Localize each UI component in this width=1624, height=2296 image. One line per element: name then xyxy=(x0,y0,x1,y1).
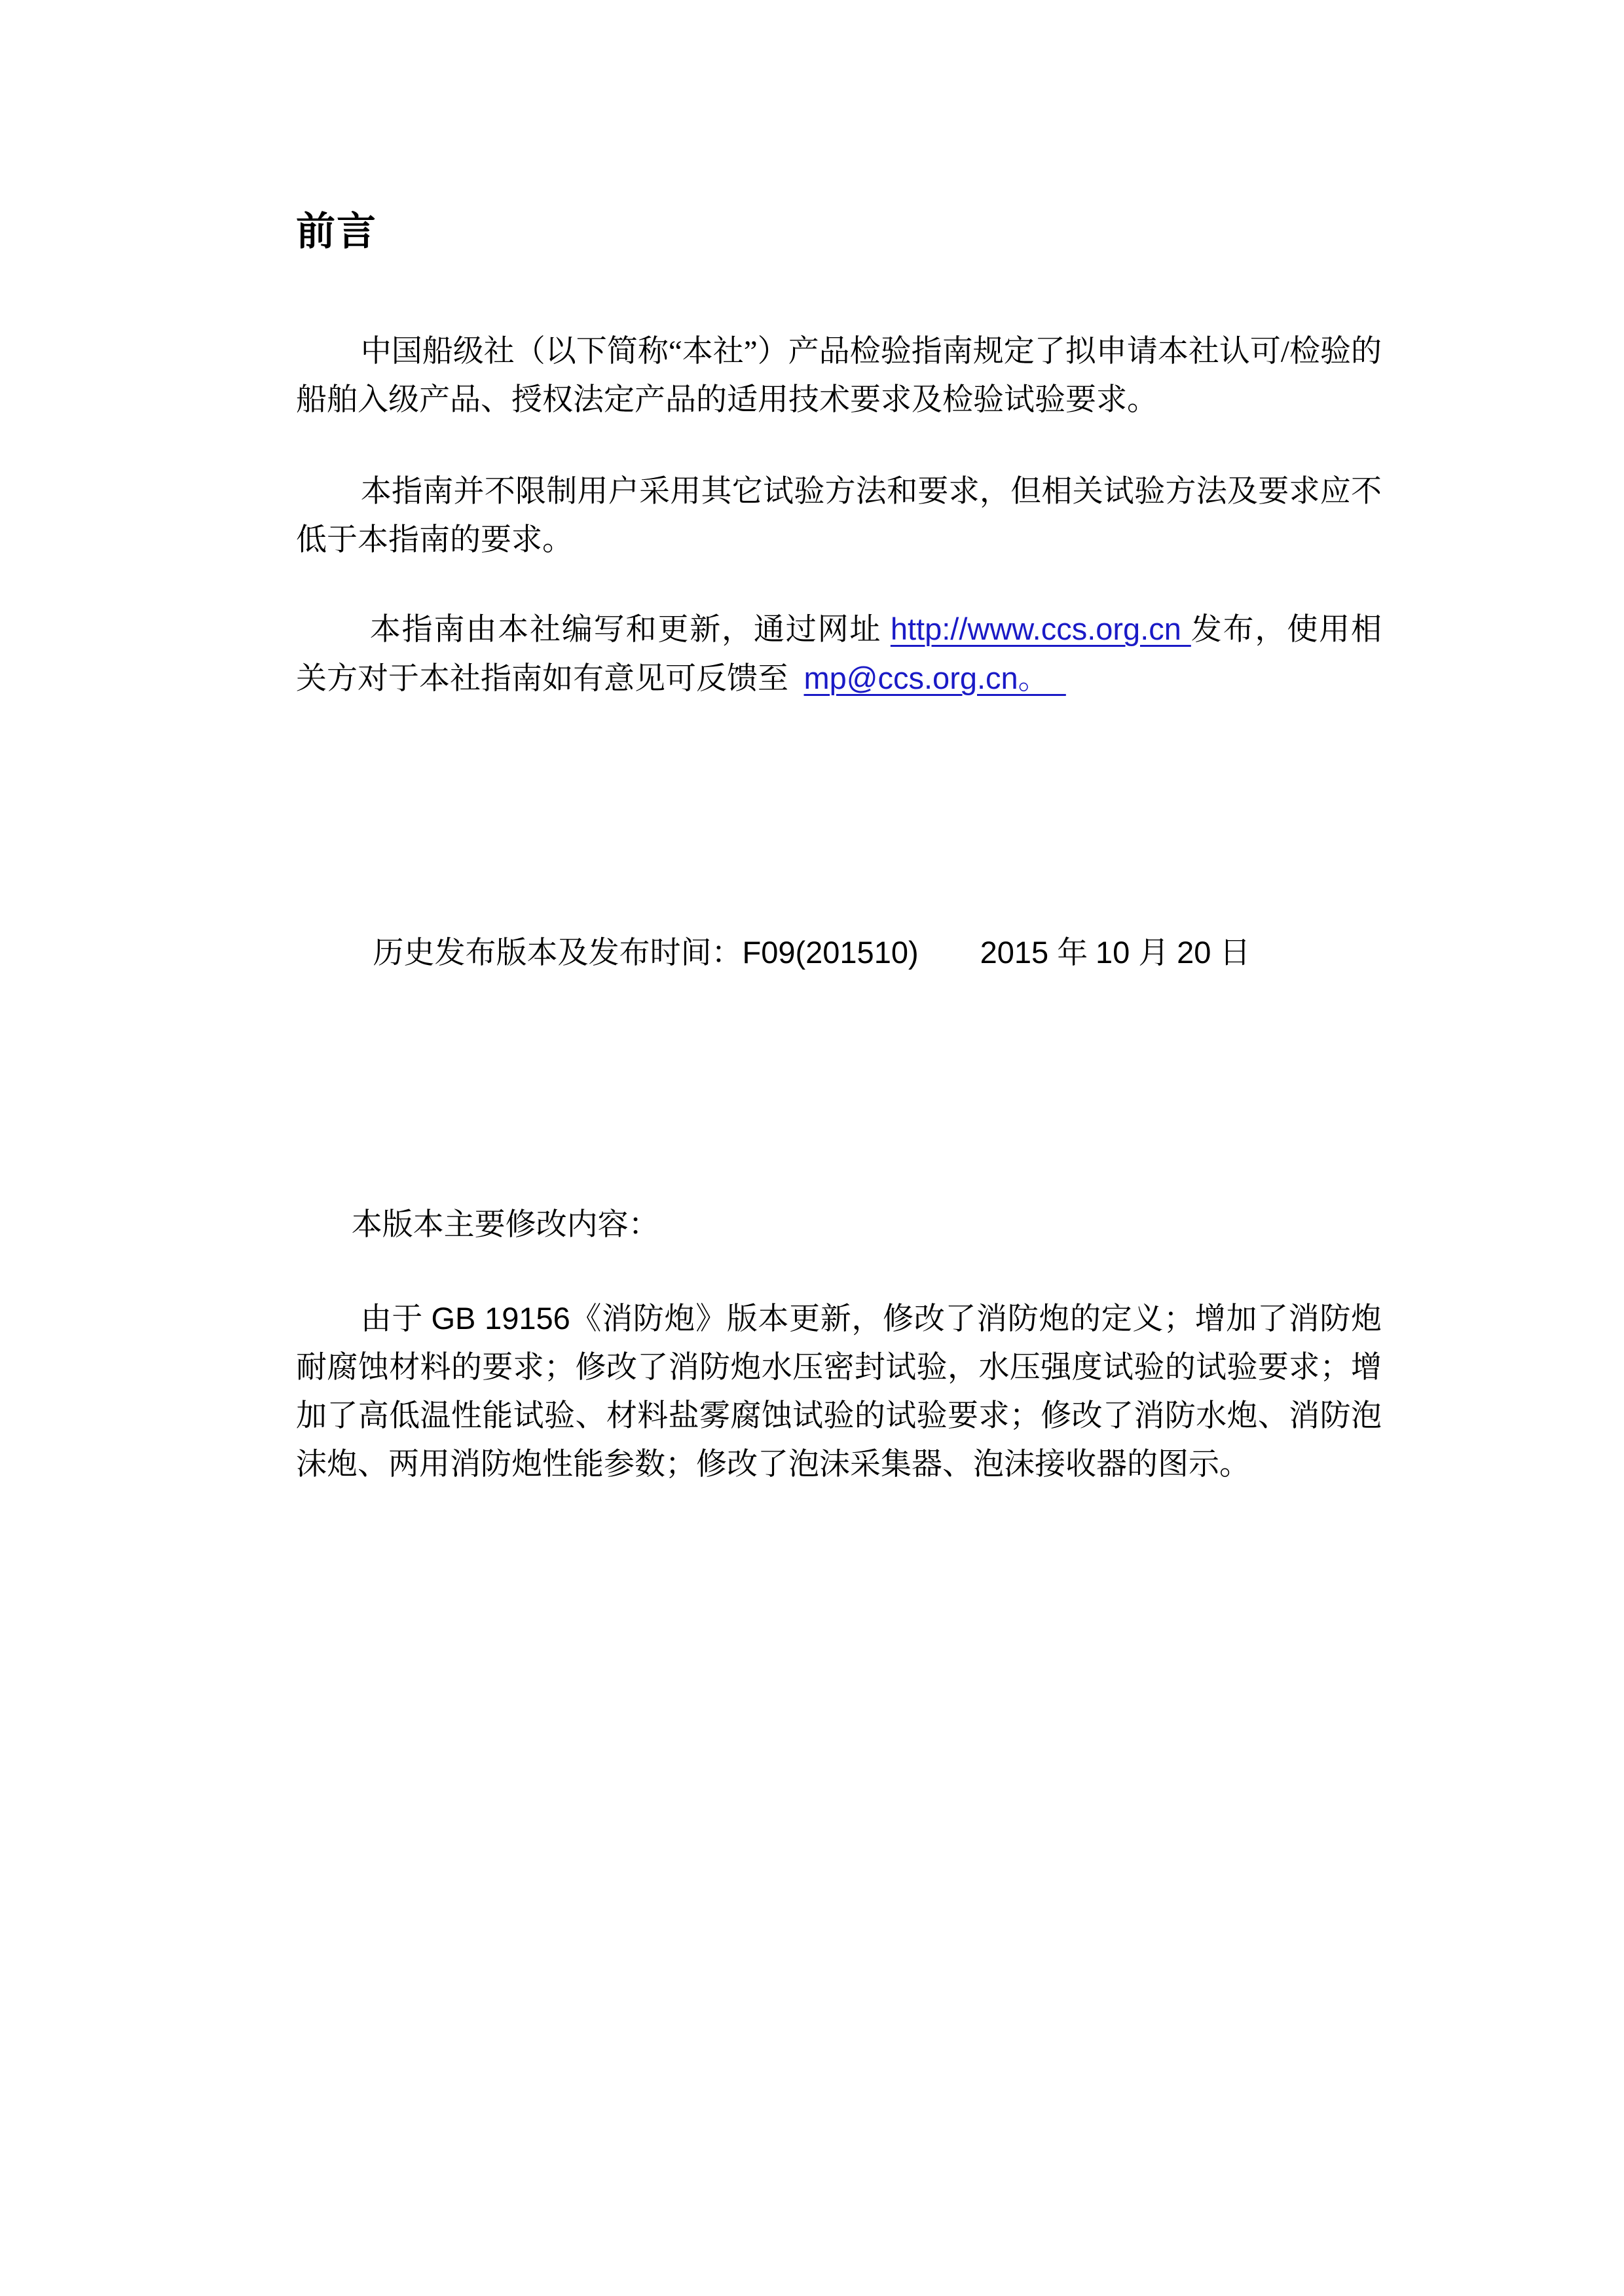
text-segment: 10 xyxy=(1096,935,1138,970)
history-release-line: 历史发布版本及发布时间：F09(201510) 2015 年 10 月 20 日 xyxy=(296,928,1382,977)
text-segment: 年 xyxy=(1057,936,1096,970)
text-segment: 中国船级社（以下简称“本社”）产品检验指南规定了拟申请本社认可/检验的船舶入级产… xyxy=(296,335,1382,417)
revision-intro-line: 本版本主要修改内容： xyxy=(296,1201,1382,1249)
hyperlink[interactable]: http://www.ccs.org.cn xyxy=(891,611,1191,646)
document-page: 前言 中国船级社（以下简称“本社”）产品检验指南规定了拟申请本社认可/检验的船舶… xyxy=(0,0,1624,2296)
revision-details-paragraph: 由于 GB 19156《消防炮》版本更新，修改了消防炮的定义；增加了消防炮耐腐蚀… xyxy=(296,1294,1382,1489)
preface-paragraph-scope: 中国船级社（以下简称“本社”）产品检验指南规定了拟申请本社认可/检验的船舶入级产… xyxy=(296,327,1382,424)
text-segment: F09(201510) xyxy=(743,935,919,970)
text-segment: 20 xyxy=(1177,935,1219,970)
text-segment: 2015 xyxy=(980,935,1058,970)
text-segment: 日 xyxy=(1219,936,1250,970)
text-segment xyxy=(919,936,980,970)
hyperlink[interactable]: mp@ccs.org.cn。 xyxy=(804,661,1066,695)
page-title: 前言 xyxy=(296,208,377,255)
text-segment: GB 19156 xyxy=(431,1301,570,1336)
text-segment: 本指南由本社编写和更新，通过网址 xyxy=(370,613,891,647)
preface-paragraph-publication: 本指南由本社编写和更新，通过网址 http://www.ccs.org.cn 发… xyxy=(296,605,1382,703)
text-segment: 本指南并不限制用户采用其它试验方法和要求，但相关试验方法及要求应不低于本指南的要… xyxy=(296,475,1382,557)
text-segment: 月 xyxy=(1138,936,1177,970)
preface-paragraph-limitation: 本指南并不限制用户采用其它试验方法和要求，但相关试验方法及要求应不低于本指南的要… xyxy=(296,467,1382,564)
text-segment: 本版本主要修改内容： xyxy=(352,1208,659,1242)
text-segment: 历史发布版本及发布时间： xyxy=(373,936,743,970)
text-segment: 由于 xyxy=(361,1302,432,1336)
